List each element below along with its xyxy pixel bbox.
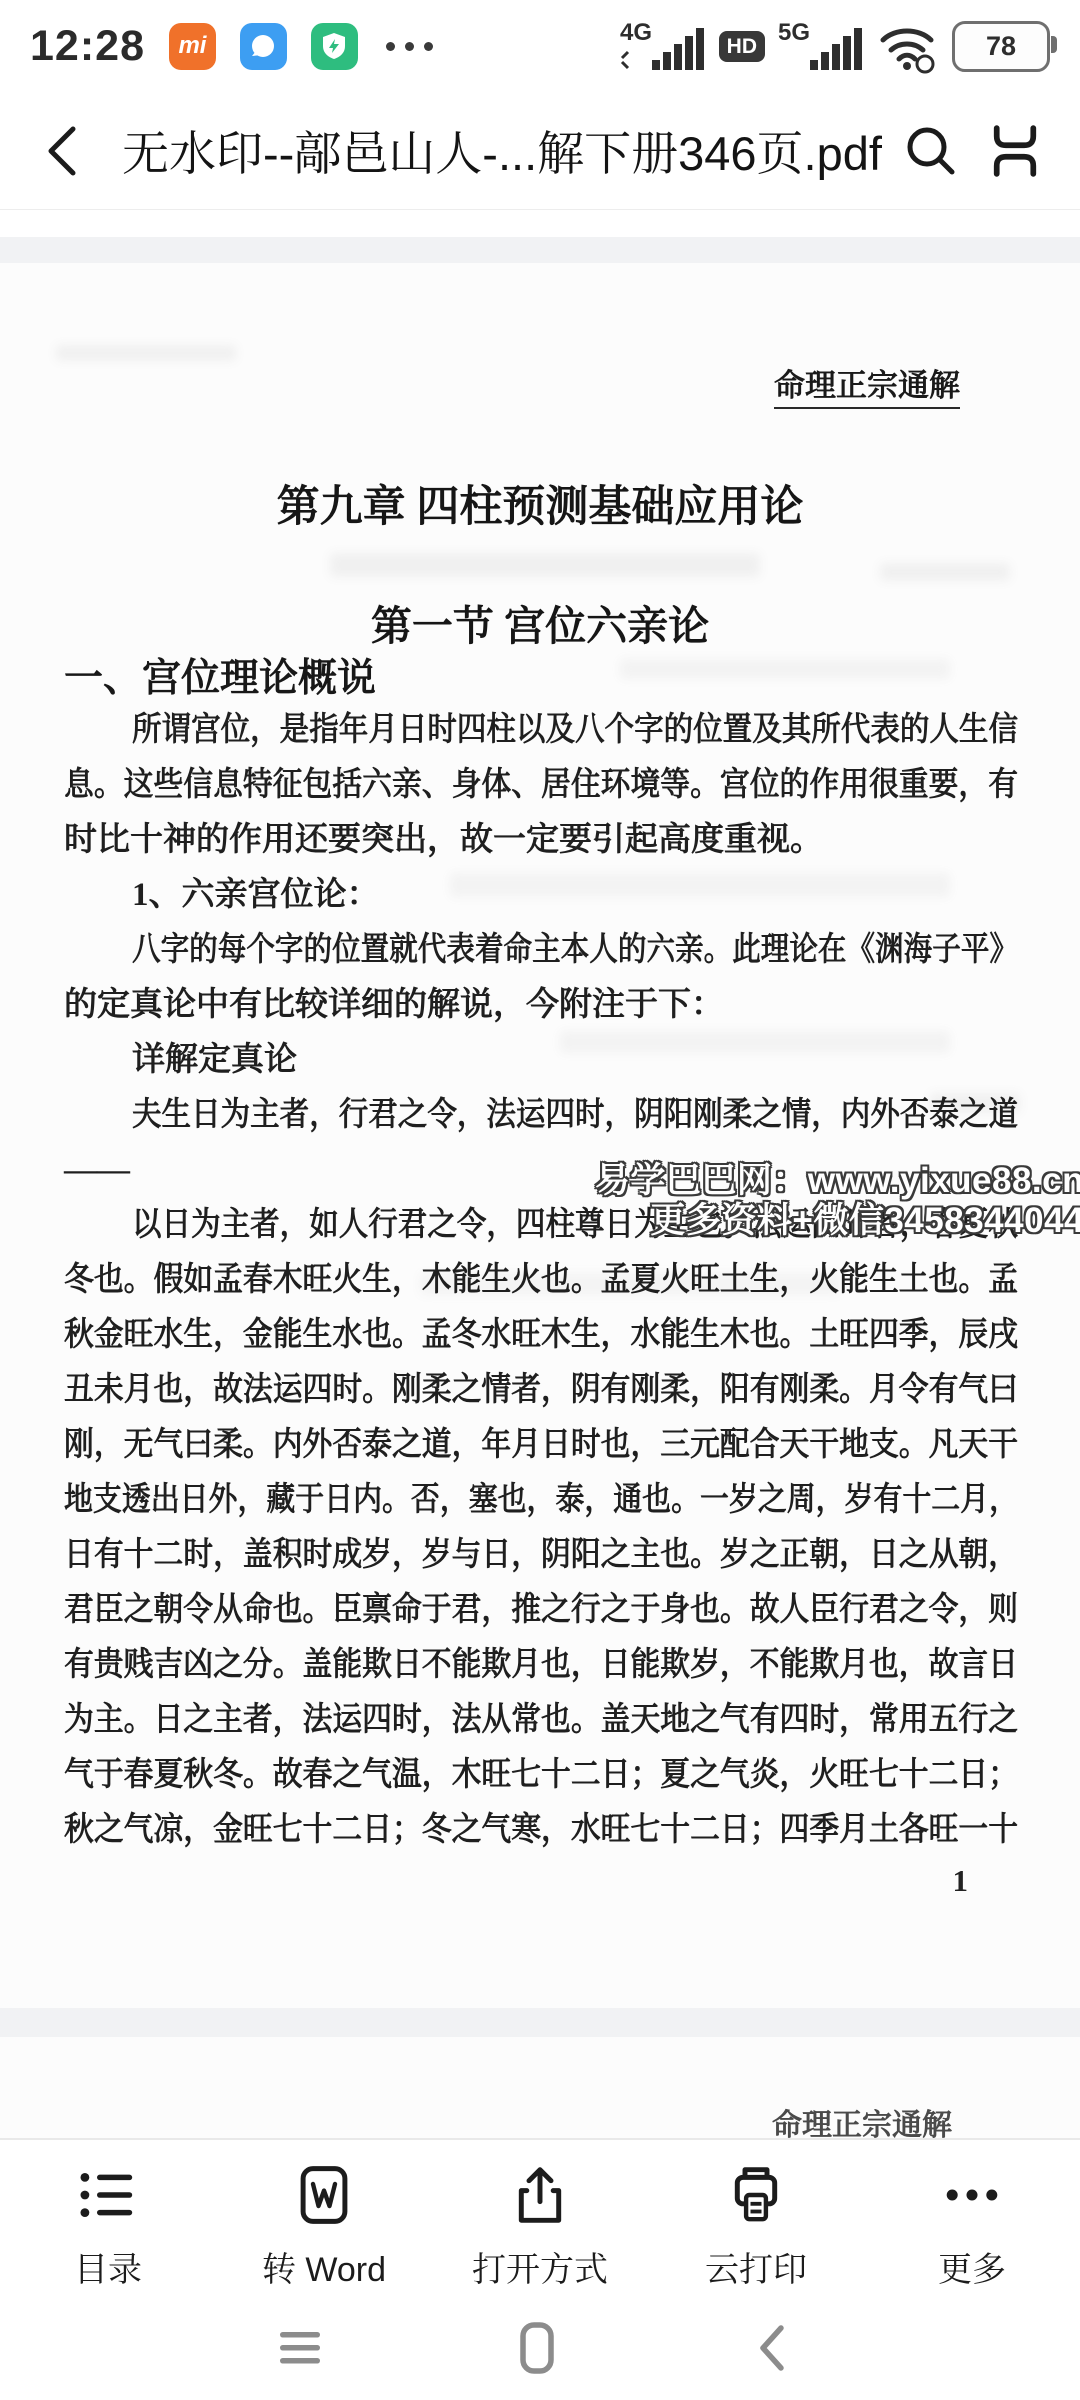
pdf-block: 八字的每个字的位置就代表着命主本人的六亲。此理论在《渊海子平》的定真论中有比较详… [64, 923, 1018, 1033]
mi-app-icon: mi [169, 23, 216, 70]
pdf-text-line: 有贵贱吉凶之分。盖能欺日不能欺月也，日能欺岁，不能欺月也，故言日 [64, 1638, 1018, 1693]
bleedthrough-smudge [620, 659, 950, 679]
chapter-title: 第九章 四柱预测基础应用论 [0, 473, 1080, 534]
cloud-print-icon [723, 2162, 789, 2228]
nav-back-button[interactable] [741, 2316, 805, 2380]
home-pill-icon [511, 2320, 563, 2376]
pdf-text-line: 时比十神的作用还要突出，故一定要引起高度重视。 [64, 813, 1018, 868]
signal-5g-icon: 5G [778, 18, 864, 74]
watermark-line2: 更多资料+微信3458344044 [595, 1201, 1080, 1241]
android-nav-bar [0, 2308, 1080, 2388]
search-button[interactable] [896, 116, 966, 186]
pdf-text: 君臣之朝令从命也。臣禀命于君，推之行之于身也。故人臣行君之令，则 [64, 1583, 1018, 1638]
more-label: 更多 [938, 2242, 1006, 2291]
page-number: 1 [953, 1863, 969, 1899]
pdf-text: 夫生日为主者，行君之令，法运四时，阴阳刚柔之情，内外否泰之道 [132, 1088, 1018, 1143]
pdf-text-line: 八字的每个字的位置就代表着命主本人的六亲。此理论在《渊海子平》 [64, 923, 1018, 978]
share-open-icon [507, 2162, 573, 2228]
pdf-text: 丑未月也，故法运四时。刚柔之情者，阴有刚柔，阳有刚柔。月令有气曰 [64, 1363, 1018, 1418]
toc-label: 目录 [74, 2242, 142, 2291]
toc-list-icon [75, 2162, 141, 2228]
pdf-text-line: 秋之气凉，金旺七十二日；冬之气寒，水旺七十二日；四季月土各旺一十 [64, 1803, 1018, 1858]
chevron-left-icon [39, 121, 91, 181]
page-gap-bottom [0, 2008, 1080, 2037]
bleedthrough-smudge [56, 345, 236, 361]
hamburger-icon [274, 2322, 326, 2374]
pdf-text-line: 日有十二时，盖积时成岁，岁与日，阴阳之主也。岁之正朝，日之从朝， [64, 1528, 1018, 1583]
search-icon [900, 120, 962, 182]
pdf-text-line: 为主。日之主者，法运四时，法从常也。盖天地之气有四时，常用五行之 [64, 1693, 1018, 1748]
status-indicators: 4G HD 5G 78 [620, 18, 1050, 74]
battery-percent: 78 [986, 31, 1016, 62]
document-title-bar: 无水印--鄗邑山人-...解下册346页.pdf [0, 92, 1080, 210]
document-title: 无水印--鄗邑山人-...解下册346页.pdf [122, 117, 896, 184]
pdf-text-line: 刚，无气曰柔。内外否泰之道，年月日时也，三元配合天干地支。凡天干 [64, 1418, 1018, 1473]
pdf-text-line: 地支透出日外，藏于日内。否，塞也，泰，通也。一岁之周，岁有十二月， [64, 1473, 1018, 1528]
pdf-text: 1、六亲宫位论： [132, 868, 380, 923]
pdf-text: 详解定真论 [132, 1033, 297, 1088]
pdf-text: 地支透出日外，藏于日内。否，塞也，泰，通也。一岁之周，岁有十二月， [64, 1473, 1018, 1528]
pdf-block: 详解定真论 [64, 1033, 1018, 1088]
bleedthrough-smudge [880, 563, 1010, 581]
open-with-button[interactable]: 打开方式 [432, 2156, 648, 2291]
pdf-block: 夫生日为主者，行君之令，法运四时，阴阳刚柔之情，内外否泰之道 [64, 1088, 1018, 1143]
cloud-print-label: 云打印 [705, 2242, 807, 2291]
subsection-heading: 一、宫位理论概说 [64, 647, 376, 703]
pdf-text: 气于春夏秋冬。故春之气温，木旺七十二日；夏之气炎，火旺七十二日； [64, 1748, 1018, 1803]
hd-badge: HD [719, 31, 765, 62]
clock: 12:28 [30, 22, 145, 71]
pdf-block: 1、六亲宫位论： [64, 868, 1018, 923]
convert-word-button[interactable]: 转 Word [216, 2156, 432, 2291]
pdf-text: 冬也。假如孟春木旺火生，木能生火也。孟夏火旺土生，火能生土也。孟 [64, 1253, 1018, 1308]
watermark-line1: 易学巴巴网：www.yixue88.cn [595, 1161, 1080, 1201]
pdf-text: 为主。日之主者，法运四时，法从常也。盖天地之气有四时，常用五行之 [64, 1693, 1018, 1748]
pdf-text-line: 夫生日为主者，行君之令，法运四时，阴阳刚柔之情，内外否泰之道 [64, 1088, 1018, 1143]
pdf-text: 有贵贱吉凶之分。盖能欺日不能欺月也，日能欺岁，不能欺月也，故言日 [64, 1638, 1018, 1693]
pdf-text-line: 冬也。假如孟春木旺火生，木能生火也。孟夏火旺土生，火能生土也。孟 [64, 1253, 1018, 1308]
messenger-app-icon [240, 23, 287, 70]
battery-indicator: 78 [952, 21, 1050, 72]
toolbar-actions: 目录 转 Word 打开方式 云打 [0, 2156, 1080, 2291]
signal-4g-icon: 4G [620, 18, 706, 74]
nav-chevron-left-icon [751, 2320, 795, 2376]
pdf-page-1[interactable]: 命理正宗通解 第九章 四柱预测基础应用论 第一节 宫位六亲论 一、宫位理论概说 … [0, 263, 1080, 2008]
pdf-text: 所谓宫位，是指年月日时四柱以及八个字的位置及其所代表的人生信 [132, 703, 1018, 758]
pdf-text: 刚，无气曰柔。内外否泰之道，年月日时也，三元配合天干地支。凡天干 [64, 1418, 1018, 1473]
notification-overflow-dots-icon [386, 42, 433, 51]
bottom-toolbar: 目录 转 Word 打开方式 云打 [0, 2138, 1080, 2400]
network-4g-label: 4G [620, 19, 652, 46]
pdf-text-line: 1、六亲宫位论： [64, 868, 1018, 923]
pdf-text: 秋之气凉，金旺七十二日；冬之气寒，水旺七十二日；四季月土各旺一十 [64, 1803, 1018, 1858]
pdf-text-line: 君臣之朝令从命也。臣禀命于君，推之行之于身也。故人臣行君之令，则 [64, 1583, 1018, 1638]
pdf-text: 时比十神的作用还要突出，故一定要引起高度重视。 [64, 813, 823, 868]
pdf-text: 秋金旺水生，金能生水也。孟冬水旺木生，水能生木也。土旺四季，辰戌 [64, 1308, 1018, 1363]
nav-home-button[interactable] [505, 2316, 569, 2380]
bleedthrough-smudge [330, 553, 760, 577]
nav-recents-button[interactable] [268, 2316, 332, 2380]
pdf-block: 所谓宫位，是指年月日时四柱以及八个字的位置及其所代表的人生信息。这些信息特征包括… [64, 703, 1018, 868]
reader-mode-button[interactable] [980, 116, 1050, 186]
network-5g-label: 5G [778, 19, 810, 46]
pdf-text: —— [64, 1143, 130, 1198]
pdf-page-2[interactable]: 命理正宗通解 [0, 2037, 1080, 2138]
wifi-calling-icon [877, 18, 939, 74]
watermark: 易学巴巴网：www.yixue88.cn 更多资料+微信3458344044 [595, 1161, 1080, 1241]
word-convert-icon [291, 2162, 357, 2228]
cloud-glyph [248, 31, 278, 61]
pdf-text: 日有十二时，盖积时成岁，岁与日，阴阳之主也。岁之正朝，日之从朝， [64, 1528, 1018, 1583]
shield-icon [319, 31, 349, 61]
pdf-text-line: 息。这些信息特征包括六亲、身体、居住环境等。宫位的作用很重要，有 [64, 758, 1018, 813]
security-app-icon [311, 23, 358, 70]
pdf-text: 息。这些信息特征包括六亲、身体、居住环境等。宫位的作用很重要，有 [64, 758, 1018, 813]
more-ellipsis-icon [939, 2162, 1005, 2228]
pdf-text-line: 秋金旺水生，金能生水也。孟冬水旺木生，水能生木也。土旺四季，辰戌 [64, 1308, 1018, 1363]
status-bar: 12:28 mi 4G HD 5G [0, 0, 1080, 92]
pdf-text-line: 的定真论中有比较详细的解说，今附注于下： [64, 978, 1018, 1033]
open-with-label: 打开方式 [472, 2242, 608, 2291]
running-header: 命理正宗通解 [774, 360, 960, 409]
pdf-text-line: 气于春夏秋冬。故春之气温，木旺七十二日；夏之气炎，火旺七十二日； [64, 1748, 1018, 1803]
convert-word-label: 转 Word [262, 2242, 386, 2291]
pdf-text-line: 详解定真论 [64, 1033, 1018, 1088]
reader-mode-icon [983, 119, 1047, 183]
pdf-text: 八字的每个字的位置就代表着命主本人的六亲。此理论在《渊海子平》 [132, 923, 1018, 978]
back-button[interactable] [30, 116, 100, 186]
pdf-block: 以日为主者，如人行君之令，四柱尊日为主也。法运四时者，春夏秋冬也。假如孟春木旺火… [64, 1198, 1018, 1858]
page-gap-top [0, 237, 1080, 263]
pdf-text-line: 所谓宫位，是指年月日时四柱以及八个字的位置及其所代表的人生信 [64, 703, 1018, 758]
pdf-text: 的定真论中有比较详细的解说，今附注于下： [64, 978, 724, 1033]
toc-button[interactable]: 目录 [0, 2156, 216, 2291]
next-page-running-header: 命理正宗通解 [772, 2100, 952, 2138]
cloud-print-button[interactable]: 云打印 [648, 2156, 864, 2291]
section-title: 第一节 宫位六亲论 [0, 593, 1080, 652]
pdf-text-line: 丑未月也，故法运四时。刚柔之情者，阴有刚柔，阳有刚柔。月令有气曰 [64, 1363, 1018, 1418]
pdf-text-flow: 所谓宫位，是指年月日时四柱以及八个字的位置及其所代表的人生信息。这些信息特征包括… [64, 703, 1018, 1858]
more-button[interactable]: 更多 [864, 2156, 1080, 2291]
